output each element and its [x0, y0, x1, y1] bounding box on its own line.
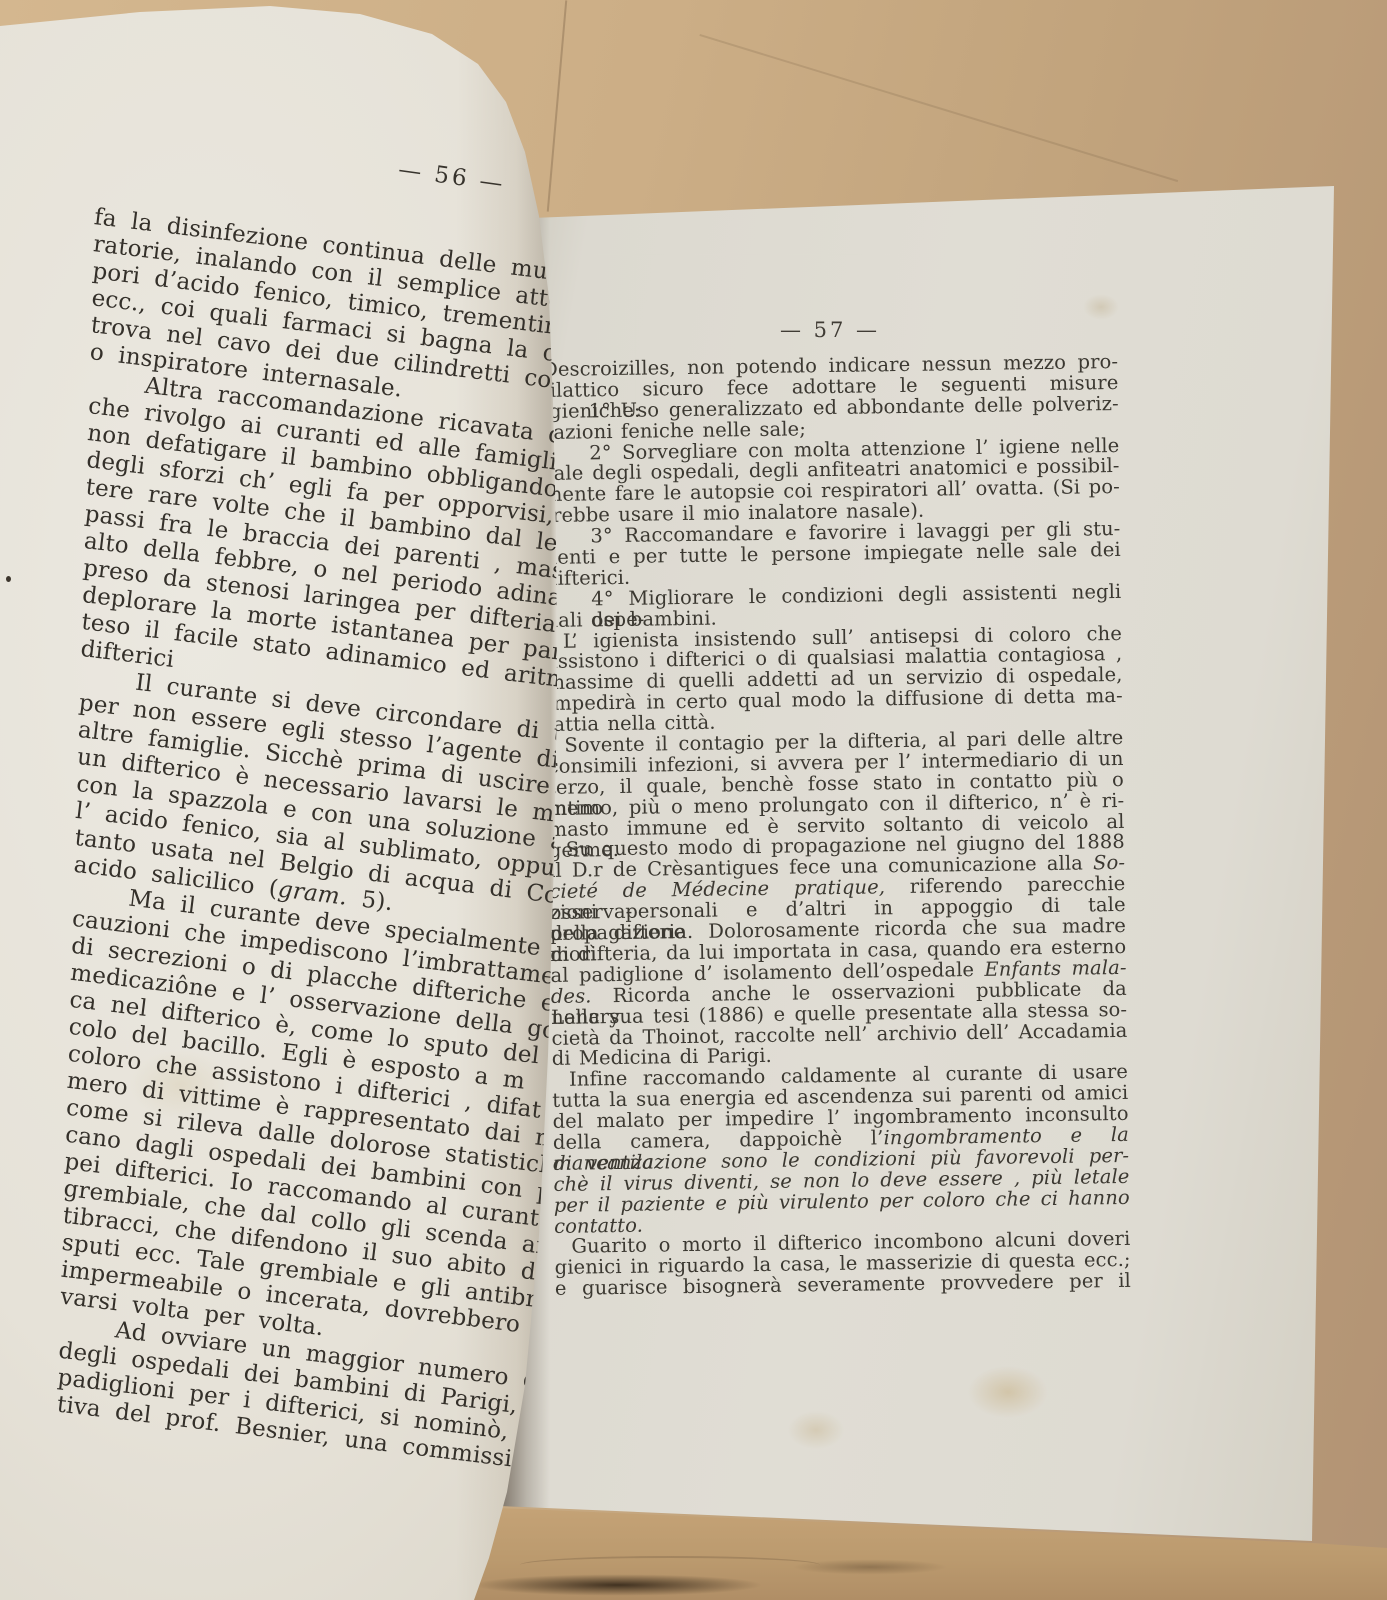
cardboard-crease [699, 34, 1178, 182]
book-photo: — 57 — Descroizilles, non potendo indica… [0, 0, 1387, 1600]
page-number-56: — 56 — [397, 157, 507, 198]
right-page-text: — 57 — Descroizilles, non potendo indica… [498, 186, 1336, 1542]
right-page-lines: Descroizilles, non potendo indicare ness… [542, 352, 1131, 1300]
text-line: e guarisce bisognerà severamente provved… [555, 1271, 1131, 1300]
left-page-lines: fa la disinfezione continua delle mucose… [56, 204, 564, 1433]
cardboard-crease [547, 0, 567, 211]
left-page-text: — 56 — fa la disinfezione continua delle… [0, 0, 566, 1600]
page-number-57: — 57 — [542, 318, 1118, 342]
